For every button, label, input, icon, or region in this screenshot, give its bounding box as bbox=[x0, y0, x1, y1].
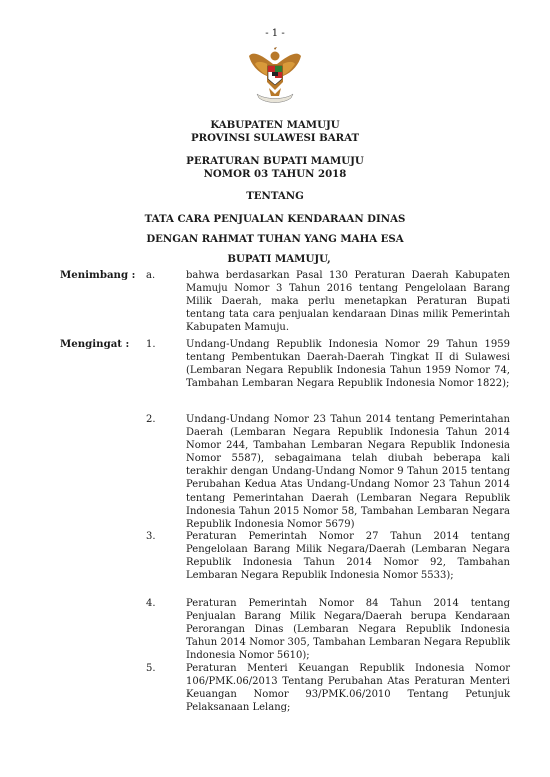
garuda-emblem-icon bbox=[243, 42, 307, 106]
item-number: 4. bbox=[146, 597, 156, 610]
regulation-title: PERATURAN BUPATI MAMUJU bbox=[0, 155, 550, 168]
item-text: Peraturan Pemerintah Nomor 27 Tahun 2014… bbox=[186, 530, 510, 582]
item-number: 5. bbox=[146, 662, 156, 675]
item-text: Peraturan Menteri Keuangan Republik Indo… bbox=[186, 662, 510, 714]
invocation: DENGAN RAHMAT TUHAN YANG MAHA ESA bbox=[0, 233, 550, 246]
list-item: 5. Peraturan Menteri Keuangan Republik I… bbox=[146, 662, 510, 714]
list-item: 3. Peraturan Pemerintah Nomor 27 Tahun 2… bbox=[146, 530, 510, 582]
regulation-number: NOMOR 03 TAHUN 2018 bbox=[0, 168, 550, 181]
issuer-title: BUPATI MAMUJU, bbox=[0, 253, 550, 266]
list-item: a. bahwa berdasarkan Pasal 130 Peraturan… bbox=[146, 269, 510, 334]
item-number: 2. bbox=[146, 413, 156, 426]
item-number: 1. bbox=[146, 338, 156, 351]
item-text: Undang-Undang Republik Indonesia Nomor 2… bbox=[186, 338, 510, 390]
tentang-heading: TENTANG bbox=[0, 190, 550, 203]
menimbang-label: Menimbang : bbox=[60, 269, 135, 281]
item-number: a. bbox=[146, 269, 155, 282]
list-item: 4. Peraturan Pemerintah Nomor 84 Tahun 2… bbox=[146, 597, 510, 662]
list-item: 1. Undang-Undang Republik Indonesia Nomo… bbox=[146, 338, 510, 390]
page-number: - 1 - bbox=[0, 28, 550, 39]
list-item: 2. Undang-Undang Nomor 23 Tahun 2014 ten… bbox=[146, 413, 510, 531]
regency-title: KABUPATEN MAMUJU bbox=[0, 119, 550, 132]
province-title: PROVINSI SULAWESI BARAT bbox=[0, 132, 550, 145]
item-text: bahwa berdasarkan Pasal 130 Peraturan Da… bbox=[186, 269, 510, 334]
item-text: Peraturan Pemerintah Nomor 84 Tahun 2014… bbox=[186, 597, 510, 662]
item-number: 3. bbox=[146, 530, 156, 543]
mengingat-label: Mengingat : bbox=[60, 338, 129, 350]
regulation-subject: TATA CARA PENJUALAN KENDARAAN DINAS bbox=[0, 213, 550, 226]
item-text: Undang-Undang Nomor 23 Tahun 2014 tentan… bbox=[186, 413, 510, 531]
